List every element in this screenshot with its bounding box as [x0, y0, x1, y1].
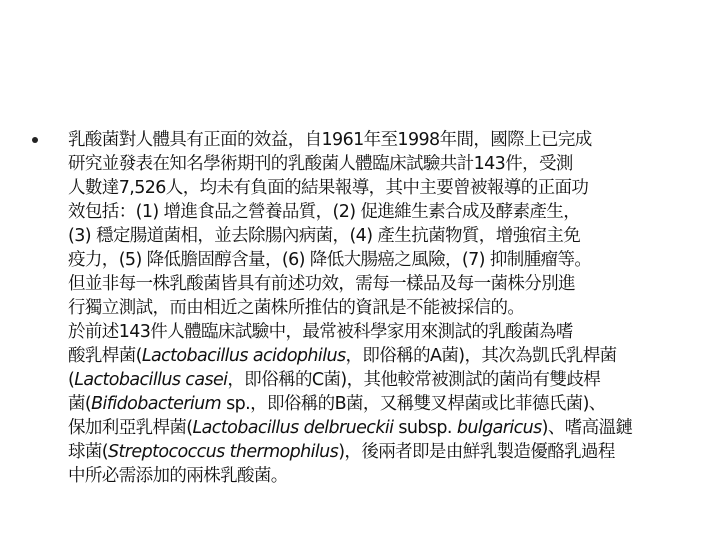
text-line: 效包括：(1) 增進食品之營養品質，(2) 促進維生素合成及酵素產生，: [68, 200, 688, 224]
text-segment: (3) 穩定腸道菌相，並去除腸內病菌，(4) 產生抗菌物質，增強宿主免: [68, 226, 580, 246]
text-segment: 中所必需添加的兩株乳酸菌。: [68, 466, 288, 486]
text-segment: ，即俗稱的C菌)，其他較常被測試的菌尚有雙歧桿: [227, 370, 600, 390]
text-segment: 酸乳桿菌(: [68, 346, 142, 366]
species-name: Lactobacillus delbrueckii: [193, 418, 394, 438]
text-segment: 行獨立測試，而由相近之菌株所推估的資訊是不能被採信的。: [68, 298, 524, 318]
text-segment: 於前述143件人體臨床試驗中，最常被科學家用來測試的乳酸菌為嗜: [68, 322, 573, 342]
text-segment: 菌(: [68, 394, 91, 414]
text-segment: 但並非每一株乳酸菌皆具有前述功效，需每一樣品及每一菌株分別進: [68, 274, 575, 294]
species-name: bulgaricus: [457, 418, 542, 438]
text-segment: 保加利亞乳桿菌(: [68, 418, 193, 438]
text-line: (3) 穩定腸道菌相，並去除腸內病菌，(4) 產生抗菌物質，增強宿主免: [68, 224, 688, 248]
text-line: 疫力，(5) 降低膽固醇含量，(6) 降低大腸癌之風險，(7) 抑制腫瘤等。: [68, 248, 688, 272]
slide: 乳酸菌對人體具有正面的效益，自1961年至1998年間，國際上已完成研究並發表在…: [0, 0, 720, 540]
species-name: Streptococcus thermophilus: [108, 442, 338, 462]
text-line: 於前述143件人體臨床試驗中，最常被科學家用來測試的乳酸菌為嗜: [68, 320, 688, 344]
text-line: 菌(Bifidobacterium sp.，即俗稱的B菌，又稱雙叉桿菌或比菲德氏…: [68, 392, 688, 416]
text-line: 人數達7,526人，均未有負面的結果報導，其中主要曾被報導的正面功: [68, 176, 688, 200]
bullet-dot-icon: [32, 137, 38, 143]
paragraph-text: 乳酸菌對人體具有正面的效益，自1961年至1998年間，國際上已完成研究並發表在…: [68, 128, 688, 488]
text-segment: 球菌(: [68, 442, 108, 462]
text-line: (Lactobacillus casei，即俗稱的C菌)，其他較常被測試的菌尚有…: [68, 368, 688, 392]
text-line: 酸乳桿菌(Lactobacillus acidophilus，即俗稱的A菌)，其…: [68, 344, 688, 368]
text-segment: 人數達7,526人，均未有負面的結果報導，其中主要曾被報導的正面功: [68, 178, 588, 198]
text-segment: 疫力，(5) 降低膽固醇含量，(6) 降低大腸癌之風險，(7) 抑制腫瘤等。: [68, 250, 591, 270]
text-line: 中所必需添加的兩株乳酸菌。: [68, 464, 688, 488]
text-segment: subsp.: [393, 418, 456, 438]
species-name: Lactobacillus acidophilus: [142, 346, 346, 366]
text-line: 行獨立測試，而由相近之菌株所推估的資訊是不能被採信的。: [68, 296, 688, 320]
species-name: Bifidobacterium: [91, 394, 221, 414]
text-line: 研究並發表在知名學術期刊的乳酸菌人體臨床試驗共計143件，受測: [68, 152, 688, 176]
text-segment: 研究並發表在知名學術期刊的乳酸菌人體臨床試驗共計143件，受測: [68, 154, 573, 174]
text-segment: )，後兩者即是由鮮乳製造優酪乳過程: [338, 442, 615, 462]
text-line: 但並非每一株乳酸菌皆具有前述功效，需每一樣品及每一菌株分別進: [68, 272, 688, 296]
species-name: Lactobacillus casei: [74, 370, 227, 390]
text-segment: ，即俗稱的A菌)，其次為凱氏乳桿菌: [345, 346, 616, 366]
text-line: 乳酸菌對人體具有正面的效益，自1961年至1998年間，國際上已完成: [68, 128, 688, 152]
text-line: 保加利亞乳桿菌(Lactobacillus delbrueckii subsp.…: [68, 416, 688, 440]
text-segment: 乳酸菌對人體具有正面的效益，自1961年至1998年間，國際上已完成: [68, 130, 592, 150]
text-segment: sp.，即俗稱的B菌，又稱雙叉桿菌或比菲德氏菌)、: [221, 394, 606, 414]
text-segment: )、嗜高溫鏈: [542, 418, 633, 438]
text-segment: 效包括：(1) 增進食品之營養品質，(2) 促進維生素合成及酵素產生，: [68, 202, 580, 222]
text-line: 球菌(Streptococcus thermophilus)，後兩者即是由鮮乳製…: [68, 440, 688, 464]
